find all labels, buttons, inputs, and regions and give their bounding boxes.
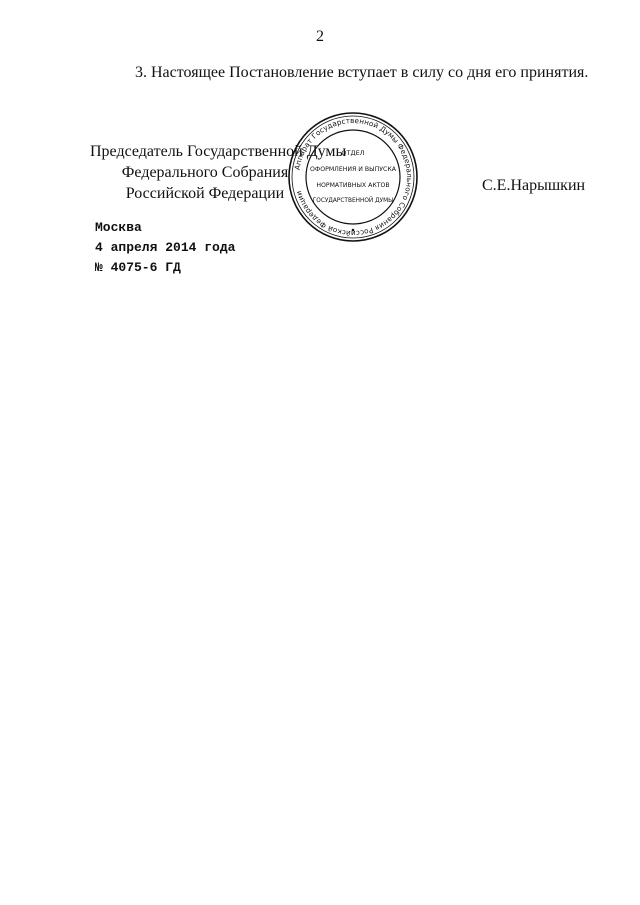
stamp-line-3: НОРМАТИВНЫХ АКТОВ [316,182,389,189]
stamp-line-1: ОТДЕЛ [341,149,364,157]
document-footer: Москва 4 апреля 2014 года № 4075-6 ГД [95,218,235,278]
official-stamp: Аппарат Государственной Думы Федеральног… [286,110,420,244]
stamp-line-2: ОФОРМЛЕНИЯ И ВЫПУСКА [310,166,397,173]
stamp-line-4: ГОСУДАРСТВЕННОЙ ДУМЫ [313,197,394,204]
footer-date: 4 апреля 2014 года [95,238,235,258]
footer-city: Москва [95,218,235,238]
stamp-seal-icon: Аппарат Государственной Думы Федеральног… [286,110,420,244]
svg-text:Аппарат Государственной Думы Ф: Аппарат Государственной Думы Федеральног… [292,116,414,238]
clause-text: 3. Настоящее Постановление вступает в си… [135,64,588,82]
signatory-name: С.Е.Нарышкин [482,177,585,195]
stamp-outer-ring-text: Аппарат Государственной Думы Федеральног… [292,116,414,238]
footer-document-number: № 4075-6 ГД [95,258,235,278]
page-number: 2 [0,28,640,46]
